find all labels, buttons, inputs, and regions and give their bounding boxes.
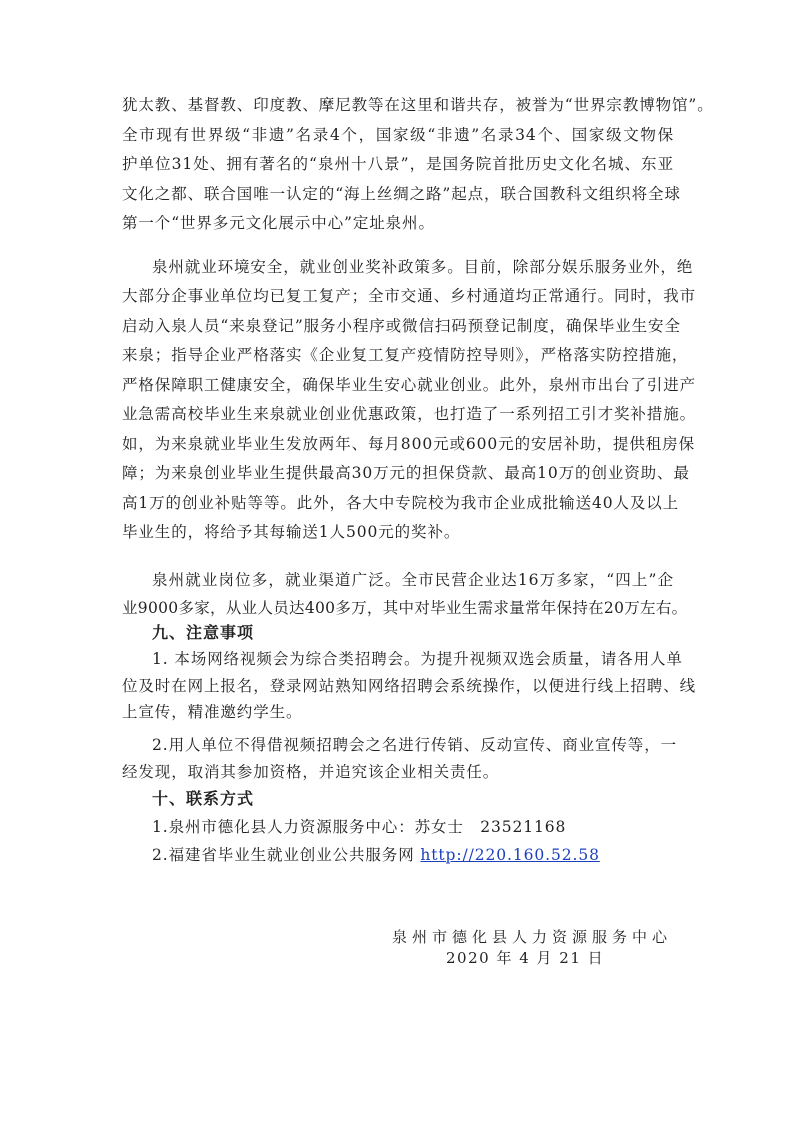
paragraph-line: 文化之都、联合国唯一认定的“海上丝绸之路”起点，联合国教科文组织将全球: [122, 184, 674, 204]
note-item-1-line: 1. 本场网络视频会为综合类招聘会。为提升视频双选会质量，请各用人单: [152, 649, 674, 669]
paragraph-line: 来泉；指导企业严格落实《企业复工复产疫情防控导则》，严格落实防控措施，: [122, 345, 674, 365]
paragraph-line: 业急需高校毕业生来泉就业创业优惠政策，也打造了一系列招工引才奖补措施。: [122, 404, 674, 424]
signature-organization: 泉州市德化县人力资源服务中心: [392, 927, 672, 947]
paragraph-line: 全市现有世界级“非遗”名录4个，国家级“非遗”名录34个、国家级文物保: [122, 125, 674, 145]
signature-date: 2020 年 4 月 21 日: [446, 948, 604, 968]
paragraph-line: 泉州就业岗位多，就业渠道广泛。全市民营企业达16万多家，“四上”企: [152, 570, 674, 590]
paragraph-line: 护单位31处、拥有著名的“泉州十八景”，是国务院首批历史文化名城、东亚: [122, 154, 674, 174]
section-heading-contact: 十、联系方式: [152, 789, 254, 809]
paragraph-line: 高1万的创业补贴等等。此外，各大中专院校为我市企业成批输送40人及以上: [122, 493, 674, 513]
document-page: 犹太教、基督教、印度教、摩尼教等在这里和谐共存，被誉为“世界宗教博物馆”。 全市…: [0, 0, 793, 1122]
contact-website: 2.福建省毕业生就业创业公共服务网 http://220.160.52.58: [152, 845, 600, 865]
paragraph-line: 启动入泉人员“来泉登记”服务小程序或微信扫码预登记制度，确保毕业生安全: [122, 316, 674, 336]
paragraph-line: 大部分企事业单位均已复工复产；全市交通、乡村通道均正常通行。同时，我市: [122, 286, 674, 306]
contact-phone: 1.泉州市德化县人力资源服务中心：苏女士 23521168: [152, 817, 566, 837]
note-item-2-line: 2.用人单位不得借视频招聘会之名进行传销、反动宣传、商业宣传等，一: [152, 735, 674, 755]
note-item-1-line: 位及时在网上报名，登录网站熟知网络招聘会系统操作，以便进行线上招聘、线: [122, 676, 674, 696]
paragraph-line: 毕业生的，将给予其每输送1人500元的奖补。: [122, 522, 674, 542]
paragraph-line: 犹太教、基督教、印度教、摩尼教等在这里和谐共存，被誉为“世界宗教博物馆”。: [122, 95, 674, 115]
paragraph-line: 泉州就业环境安全，就业创业奖补政策多。目前，除部分娱乐服务业外，绝: [152, 257, 674, 277]
contact-website-label: 2.福建省毕业生就业创业公共服务网: [152, 846, 420, 864]
paragraph-line: 如，为来泉就业毕业生发放两年、每月800元或600元的安居补助，提供租房保: [122, 434, 674, 454]
note-item-1-line: 上宣传，精准邀约学生。: [122, 702, 674, 722]
paragraph-line: 第一个“世界多元文化展示中心”定址泉州。: [122, 213, 674, 233]
note-item-2-line: 经发现，取消其参加资格，并追究该企业相关责任。: [122, 762, 674, 782]
website-link[interactable]: http://220.160.52.58: [420, 846, 599, 864]
paragraph-line: 障；为来泉创业毕业生提供最高30万元的担保贷款、最高10万的创业资助、最: [122, 463, 674, 483]
paragraph-line: 业9000多家，从业人员达400多万，其中对毕业生需求量常年保持在20万左右。: [122, 598, 674, 618]
paragraph-line: 严格保障职工健康安全，确保毕业生安心就业创业。此外，泉州市出台了引进产: [122, 375, 674, 395]
section-heading-notes: 九、注意事项: [152, 623, 254, 643]
